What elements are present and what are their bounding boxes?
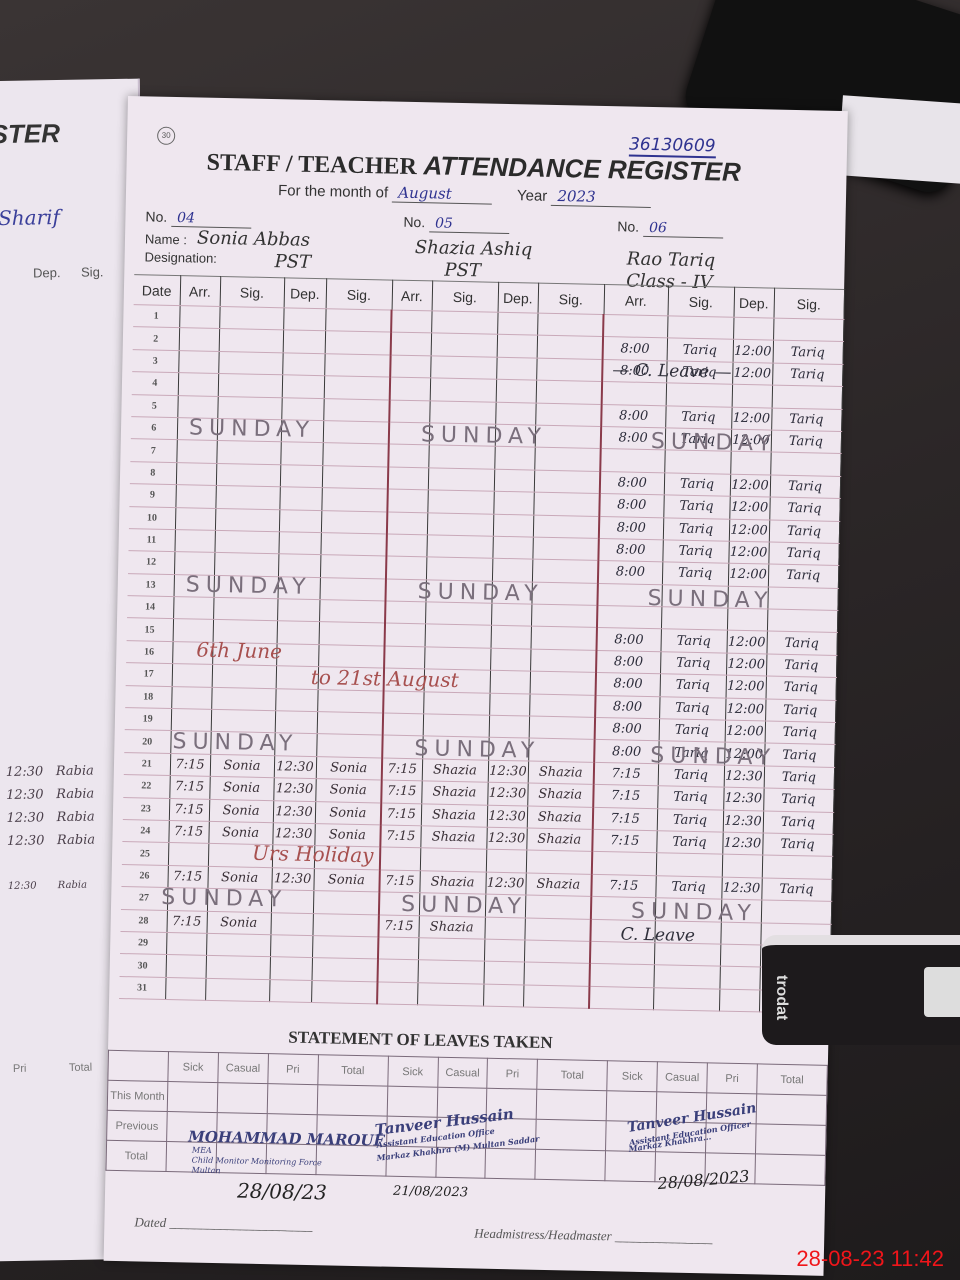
teacher1-sig-cell (206, 933, 270, 957)
teacher1-sig-cell (322, 465, 388, 489)
teacher1-dep-cell (282, 353, 324, 376)
teacher1-dep-cell: 12:30 (273, 800, 315, 823)
teacher3-sig-cell: Tariq (659, 719, 725, 743)
teacher3-dep-cell: 12:00 (725, 720, 765, 743)
teacher3-sig-cell: Tariq (663, 517, 729, 541)
teacher3-sig-cell: Tariq (659, 696, 725, 720)
teacher1-sig-cell (219, 329, 283, 353)
stamp1-city: Multan (191, 1166, 220, 1176)
left-sig-21: Rabia (56, 764, 94, 780)
teacher1-sig-cell (325, 331, 391, 355)
teacher3-arr-cell: 7:15 (593, 807, 657, 831)
teacher2-sig-cell (535, 403, 601, 427)
left-total-header: Total (69, 1062, 92, 1074)
teacher3-dep-cell: 12:00 (726, 631, 766, 654)
teacher1-dep-cell (279, 487, 321, 510)
col-dep: Dep. (284, 278, 327, 309)
teacher1-arr-cell (179, 328, 219, 351)
teacher3-dep-cell: 12:00 (726, 675, 766, 698)
casual-header: Casual (218, 1053, 268, 1084)
teacher3-sig-cell: Tariq (665, 405, 731, 429)
teacher1-name: Sonia Abbas (197, 227, 310, 250)
teacher2-arr-cell (383, 713, 423, 736)
teacher2-arr-cell (386, 534, 426, 557)
teacher3-sig-cell: Tariq (771, 408, 841, 432)
sunday-t3-13: SUNDAY (647, 586, 773, 614)
teacher2-sig-cell: Shazia (418, 915, 484, 939)
teacher2-sig-cell: Shazia (421, 781, 487, 805)
teacher1-arr-cell (173, 597, 213, 620)
teacher2-sig-cell: Shazia (528, 761, 594, 785)
teacher1-dep-cell (270, 957, 312, 980)
teacher1-sig-cell (219, 306, 283, 330)
teacher3-arr-cell: 7:15 (591, 874, 655, 898)
teacher2-name: Shazia Ashiq (415, 237, 533, 260)
teacher2-dep-cell (494, 469, 534, 492)
teacher2-sig-cell: Shazia (421, 803, 487, 827)
year-label: Year (517, 187, 548, 205)
teacher1-dep-cell (282, 375, 324, 398)
date-cell: 13 (128, 573, 174, 596)
teacher1-arr-cell (178, 373, 218, 396)
headmaster-label: Headmistress/Headmaster _______________ (474, 1226, 712, 1247)
teacher2-sig-cell: Shazia (527, 783, 593, 807)
teacher2-dep-cell (492, 559, 532, 582)
teacher2-arr-cell: 7:15 (382, 758, 422, 781)
teacher3-sig-cell: Tariq (663, 495, 729, 519)
date-cell: 12 (128, 551, 174, 574)
teacher1-sig-cell (205, 978, 269, 1002)
date-cell: 8 (130, 461, 176, 484)
teacher2-dep-cell (491, 626, 531, 649)
teacher1-arr-cell (176, 462, 216, 485)
teacher3-sig-cell: Tariq (660, 652, 726, 676)
teacher2-sig-cell (533, 492, 599, 516)
teacher3-sig-cell (767, 587, 837, 611)
teacher2-arr-cell (378, 937, 418, 960)
teacher3-sig-cell: Tariq (769, 520, 839, 544)
urs-holiday-note: Urs Holiday (252, 841, 374, 868)
casual-leave-t3-4: — C. Leave — (612, 360, 732, 382)
attendance-register-page: 30 36130609 STAFF / TEACHER ATTENDANCE R… (104, 96, 848, 1276)
teacher3-dep-cell: 12:00 (732, 362, 772, 385)
teacher2-arr-cell: 7:15 (381, 780, 421, 803)
teacher2-sig-cell (531, 604, 597, 628)
date-cell: 29 (120, 931, 166, 954)
teacher3-arr-cell: 8:00 (603, 337, 667, 361)
col-arr: Arr. (604, 285, 669, 316)
sunday-t1-13: SUNDAY (186, 572, 312, 600)
date-cell: 22 (123, 775, 169, 798)
teacher1-sig-cell: Sonia (209, 777, 273, 801)
teacher2-sig-cell (530, 649, 596, 673)
teacher3-dep-cell (732, 384, 772, 407)
date-cell: 21 (124, 752, 170, 775)
left-page-teacher-name: Sharif (0, 205, 60, 230)
teacher3-dep-cell (722, 854, 762, 877)
teacher1-sig-cell (325, 309, 391, 333)
teacher3-dep-cell: 12:00 (731, 407, 771, 430)
teacher2-sig-cell (428, 445, 494, 469)
teacher2-dep-cell (493, 491, 533, 514)
teacher2-sig-cell (532, 559, 598, 583)
teacher2-sig-cell (430, 378, 496, 402)
teacher1-sig-cell (214, 530, 278, 554)
date-cell: 9 (129, 484, 175, 507)
teacher1-sig-cell: Sonia (210, 754, 274, 778)
stamp1-sub: MEA (192, 1146, 212, 1155)
date-cell: 14 (127, 596, 173, 619)
signature-date-1: 28/08/23 (237, 1179, 327, 1205)
teacher1-dep-cell (270, 935, 312, 958)
teacher1-arr-cell (178, 350, 218, 373)
teacher2-sig-cell (529, 716, 595, 740)
teacher1-arr-cell (166, 932, 206, 955)
teacher1-dep-cell (280, 465, 322, 488)
col-date: Date (134, 275, 181, 306)
date-cell: 5 (131, 394, 177, 417)
teacher2-arr-cell: 7:15 (381, 803, 421, 826)
teacher1-sig-cell (313, 891, 379, 915)
teacher2-arr-cell (388, 444, 428, 467)
sunday-t2-13: SUNDAY (417, 579, 543, 607)
teacher3-sig-cell (761, 900, 831, 924)
statement-title: STATEMENT OF LEAVES TAKEN (288, 1028, 553, 1054)
teacher2-dep-cell: 12:30 (486, 827, 526, 850)
teacher2-dep-cell (493, 514, 533, 537)
teacher3-dep-cell: 12:00 (733, 340, 773, 363)
teacher1-dep-cell (280, 442, 322, 465)
teacher2-arr-cell (386, 556, 426, 579)
teacher3-sig-cell (654, 943, 720, 967)
sunday-t2-20: SUNDAY (414, 736, 540, 764)
page-number-mark: 30 (157, 127, 175, 145)
teacher3-sig-cell: Tariq (765, 721, 835, 745)
date-cell: 7 (130, 439, 176, 462)
sunday-t1-27: SUNDAY (161, 885, 287, 913)
teacher1-arr-cell (175, 507, 215, 530)
teacher2-sig-cell (537, 313, 603, 337)
teacher3-dep-cell: 12:00 (726, 653, 766, 676)
teacher2-sig-cell (426, 535, 492, 559)
teacher1-arr-cell (165, 977, 205, 1000)
col-dep: Dep. (498, 282, 539, 313)
date-cell: 10 (129, 506, 175, 529)
teacher2-dep-cell (494, 447, 534, 470)
teacher3-dep-cell (719, 966, 759, 989)
teacher1-arr-cell: 7:15 (169, 798, 209, 821)
teacher3-sig-cell (666, 383, 732, 407)
left-dep-21: 12:30 (6, 764, 44, 780)
teacher2-arr-cell (391, 310, 431, 333)
teacher1-arr-cell (172, 664, 212, 687)
date-cell: 3 (132, 349, 178, 372)
teacher3-sig-cell: Tariq (763, 811, 833, 835)
teacher2-dep-cell (490, 648, 530, 671)
teacher2-arr-cell: 7:15 (378, 914, 418, 937)
teacher2-dep-cell (497, 335, 537, 358)
date-cell: 19 (125, 708, 171, 731)
teacher1-sig-cell (321, 510, 387, 534)
sunday-t2-27: SUNDAY (401, 892, 527, 920)
teacher2-sig-cell (537, 336, 603, 360)
teacher3-dep-cell: 12:30 (723, 810, 763, 833)
teacher3-arr-cell: 7:15 (594, 762, 658, 786)
teacher1-sig-cell (312, 958, 378, 982)
col-sig: Sig. (538, 283, 605, 314)
teacher1-dep-cell (276, 644, 318, 667)
teacher2-arr-cell (383, 691, 423, 714)
teacher3-sig-cell: Tariq (766, 631, 836, 655)
teacher1-dep-cell (277, 621, 319, 644)
teacher1-dep-cell (277, 599, 319, 622)
teacher3-dep-cell: 12:30 (721, 877, 761, 900)
left-dep-22: 12:30 (6, 787, 44, 803)
teacher2-sig-cell (533, 515, 599, 539)
teacher2-arr-cell (384, 646, 424, 669)
col-sig: Sig. (220, 276, 285, 307)
designation-label: Designation: (144, 249, 217, 266)
teacher3-sig-cell: Tariq (664, 473, 730, 497)
no-label: No. (617, 218, 639, 234)
teacher2-sig-cell: Shazia (420, 826, 486, 850)
teacher3-arr-cell (602, 382, 666, 406)
sick-header: Sick (387, 1056, 437, 1087)
teacher3-sig-cell: Tariq (667, 338, 733, 362)
year-value: 2023 (551, 187, 651, 208)
no-label: No. (403, 214, 425, 230)
teacher2-sig-cell (523, 985, 589, 1009)
teacher1-sig-cell (324, 376, 390, 400)
teacher1-sig-cell (216, 463, 280, 487)
teacher3-dep-cell: 12:00 (728, 563, 768, 586)
trodat-brand: trodat (772, 975, 790, 1020)
teacher3-arr-cell: 8:00 (598, 538, 662, 562)
teacher2-arr-cell (377, 982, 417, 1005)
headmaster-text: Headmistress/Headmaster (474, 1226, 612, 1244)
teacher2-dep-cell (496, 357, 536, 380)
teacher3-arr-cell: 8:00 (601, 404, 665, 428)
teacher2-sig-cell (534, 447, 600, 471)
teacher2-sig-cell (426, 557, 492, 581)
teacher2-sig-cell (417, 960, 483, 984)
teacher2-sig-cell (532, 537, 598, 561)
teacher1-sig-cell (218, 351, 282, 375)
pri-header: Pri (268, 1054, 318, 1085)
teacher3-arr-cell: 8:00 (596, 650, 660, 674)
teacher1-sig-cell (213, 597, 277, 621)
teacher2-sig-cell (429, 400, 495, 424)
teacher3-dep-cell (733, 317, 773, 340)
teacher2-dep-cell: 12:30 (485, 872, 525, 895)
teacher2-dep-cell (484, 939, 524, 962)
pri-header: Pri (487, 1058, 537, 1089)
date-cell: 23 (123, 797, 169, 820)
title-staff-teacher: STAFF / TEACHER (206, 150, 417, 180)
teacher2-arr-cell (391, 332, 431, 355)
teacher2-sig-cell (430, 356, 496, 380)
teacher1-sig-cell (323, 398, 389, 422)
teacher1-sig-cell (317, 712, 383, 736)
teacher2-sig-cell (425, 624, 491, 648)
teacher1-sig-cell (322, 443, 388, 467)
left-page-title: STER (0, 118, 60, 150)
teacher3-sig-cell: Tariq (662, 562, 728, 586)
sunday-t1-6: SUNDAY (189, 415, 315, 443)
teacher1-designation: PST (274, 251, 311, 273)
col-sig: Sig. (773, 288, 844, 319)
teacher2-number: No. 05 (403, 214, 509, 234)
teacher3-sig-cell: Tariq (765, 699, 835, 723)
sick-header: Sick (607, 1061, 657, 1092)
teacher3-sig-cell (653, 965, 719, 989)
teacher1-arr-cell (166, 955, 206, 978)
left-sig-24: Rabia (57, 833, 95, 849)
teacher2-dep-cell: 12:30 (487, 805, 527, 828)
teacher2-sig-cell (523, 962, 589, 986)
date-cell: 31 (119, 976, 165, 999)
teacher1-sig-cell (212, 665, 276, 689)
teacher2-arr-cell (380, 847, 420, 870)
teacher1-arr-cell (176, 440, 216, 463)
teacher1-number: No. 04 (145, 208, 251, 228)
teacher2-sig-cell (427, 490, 493, 514)
date-cell: 18 (125, 685, 171, 708)
teacher1-sig-cell (324, 353, 390, 377)
teacher1-dep-cell (283, 330, 325, 353)
teacher3-arr-cell (589, 964, 653, 988)
teacher2-sig-cell: Shazia (525, 873, 591, 897)
title-attendance-register: ATTENDANCE REGISTER (423, 150, 741, 187)
teacher2-dep-cell: 12:30 (488, 760, 528, 783)
date-cell: 2 (133, 327, 179, 350)
teacher1-dep-cell (278, 532, 320, 555)
teacher1-dep-cell: 12:30 (274, 756, 316, 779)
total-header: Total (757, 1064, 828, 1095)
teacher2-dep-cell (496, 379, 536, 402)
col-sig: Sig. (326, 279, 393, 310)
teacher3-sig-cell: Tariq (763, 788, 833, 812)
teacher3-sig-cell: Tariq (766, 676, 836, 700)
teacher1-sig-cell (215, 508, 279, 532)
teacher1-sig-cell (206, 956, 270, 980)
teacher1-arr-cell (179, 306, 219, 329)
teacher1-arr-cell: 7:15 (170, 753, 210, 776)
teacher2-dep-cell (484, 917, 524, 940)
teacher3-sig-cell: Tariq (770, 475, 840, 499)
teacher3-sig-cell (667, 316, 733, 340)
no-value: 06 (643, 220, 723, 239)
name-label: Name : (145, 231, 187, 247)
teacher2-arr-cell: 7:15 (380, 825, 420, 848)
teacher3-arr-cell: 8:00 (599, 516, 663, 540)
teacher3-arr-cell: 8:00 (598, 561, 662, 585)
sunday-t3-20: SUNDAY (650, 743, 776, 771)
date-cell: 15 (127, 618, 173, 641)
teacher1-arr-cell: 7:15 (168, 820, 208, 843)
teacher3-arr-cell: 8:00 (600, 471, 664, 495)
left-dep-24: 12:30 (7, 833, 45, 849)
teacher3-sig-cell: Tariq (657, 808, 723, 832)
col-arr: Arr. (392, 280, 433, 311)
teacher2-sig-cell (524, 918, 590, 942)
teacher3-dep-cell: 12:00 (729, 519, 769, 542)
teacher3-arr-cell: 8:00 (596, 673, 660, 697)
teacher2-dep-cell (492, 536, 532, 559)
teacher2-designation: PST (444, 260, 481, 282)
teacher2-sig-cell (536, 380, 602, 404)
teacher3-arr-cell: 8:00 (599, 494, 663, 518)
dated-label: Dated ______________________ (134, 1214, 312, 1234)
teacher3-arr-cell: 8:00 (595, 695, 659, 719)
teacher2-dep-cell (495, 402, 535, 425)
dated-text: Dated (134, 1214, 166, 1230)
teacher2-dep-cell (483, 961, 523, 984)
trodat-stamp-device: trodat (762, 935, 960, 1045)
teacher3-sig-cell: Tariq (768, 564, 838, 588)
teacher1-arr-cell: 7:15 (166, 910, 206, 933)
teacher2-sig-cell (530, 671, 596, 695)
teacher3-dep-cell (719, 989, 759, 1012)
teacher2-arr-cell (390, 377, 430, 400)
teacher2-dep-cell (489, 715, 529, 738)
teacher2-sig-cell: Shazia (526, 828, 592, 852)
teacher1-dep-cell (279, 509, 321, 532)
teacher3-sig-cell: Tariq (771, 430, 841, 454)
teacher2-arr-cell: 7:15 (379, 870, 419, 893)
teacher2-sig-cell (526, 850, 592, 874)
teacher1-dep-cell (269, 979, 311, 1002)
teacher2-arr-cell (378, 959, 418, 982)
total-header: Total (317, 1055, 388, 1086)
left-sig-22: Rabia (56, 787, 94, 803)
no-label: No. (145, 208, 167, 224)
left-dep-26: 12:30 (8, 881, 37, 893)
month-value: August (392, 184, 492, 205)
date-cell: 25 (122, 842, 168, 865)
teacher1-sig-cell (319, 577, 385, 601)
teacher1-arr-cell (168, 843, 208, 866)
teacher2-dep-cell (490, 670, 530, 693)
teacher1-sig-cell (211, 687, 275, 711)
vacation-end-note: to 21st August (311, 665, 459, 692)
teacher3-dep-cell: 12:00 (725, 698, 765, 721)
teacher3-dep-cell: 12:00 (730, 474, 770, 497)
teacher3-number: No. 06 (617, 218, 723, 238)
teacher3-sig-cell (773, 318, 843, 342)
teacher3-sig-cell: Tariq (762, 833, 832, 857)
teacher2-dep-cell (489, 693, 529, 716)
teacher3-sig-cell (770, 452, 840, 476)
col-dep: Dep. (733, 287, 774, 318)
no-value: 04 (171, 210, 251, 229)
teacher2-arr-cell (385, 623, 425, 646)
teacher2-sig-cell (423, 691, 489, 715)
sick-header: Sick (168, 1052, 218, 1083)
left-sig-23: Rabia (56, 810, 94, 826)
teacher1-sig-cell: Sonia (315, 779, 381, 803)
pri-header: Pri (707, 1063, 758, 1094)
teacher2-sig-cell (423, 714, 489, 738)
date-cell: 20 (124, 730, 170, 753)
left-pri-header: Pri (13, 1063, 27, 1075)
teacher1-sig-cell (312, 913, 378, 937)
teacher2-sig-cell (529, 694, 595, 718)
sunday-t2-6: SUNDAY (421, 422, 547, 450)
teacher3-arr-cell: 8:00 (596, 628, 660, 652)
teacher3-dep-cell: 12:00 (729, 496, 769, 519)
teacher2-dep-cell: 12:30 (487, 782, 527, 805)
